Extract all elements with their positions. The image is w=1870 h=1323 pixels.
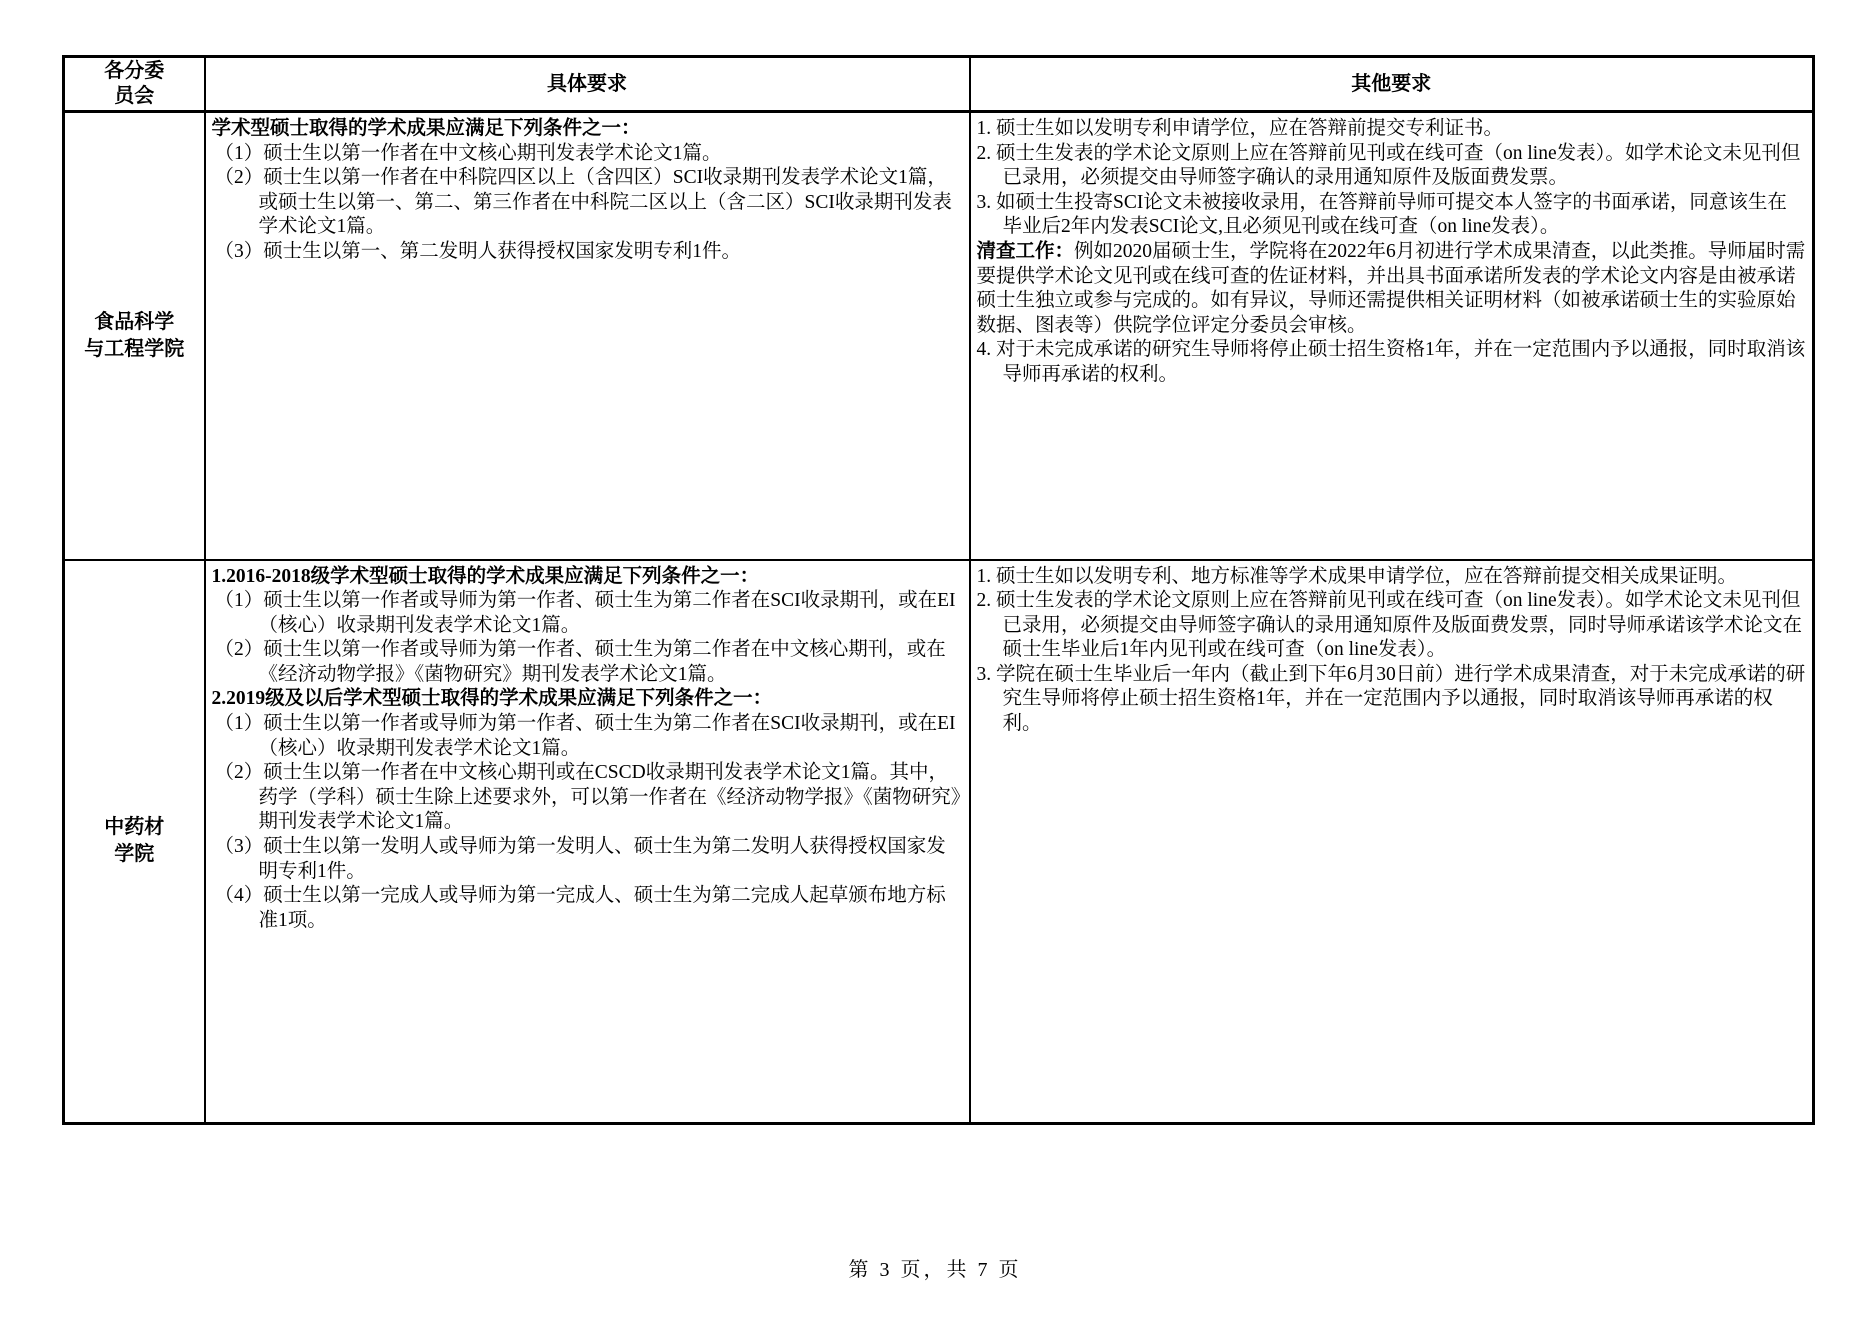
- specific-requirements-cell: 学术型硕士取得的学术成果应满足下列条件之一：（1）硕士生以第一作者在中文核心期刊…: [205, 112, 970, 560]
- paragraph: （1）硕士生以第一作者在中文核心期刊发表学术论文1篇。: [212, 142, 963, 167]
- committee-name: 食品科学 与工程学院: [64, 112, 205, 560]
- paragraph: （2）硕士生以第一作者在中文核心期刊或在CSCD收录期刊发表学术论文1篇。其中，…: [212, 761, 963, 835]
- header-committee: 各分委 员会: [64, 57, 205, 112]
- paragraph: 清查工作：例如2020届硕士生，学院将在2022年6月初进行学术成果清查，以此类…: [977, 240, 1807, 338]
- document-page: 各分委 员会 具体要求 其他要求 食品科学 与工程学院 学术型硕士取得的学术成果…: [0, 0, 1870, 1323]
- other-requirements-cell: 1. 硕士生如以发明专利申请学位，应在答辩前提交专利证书。2. 硕士生发表的学术…: [970, 112, 1814, 560]
- paragraph: 学术型硕士取得的学术成果应满足下列条件之一：: [212, 117, 963, 142]
- paragraph: 2. 硕士生发表的学术论文原则上应在答辩前见刊或在线可查（on line发表）。…: [977, 589, 1807, 663]
- paragraph: 3. 如硕士生投寄SCI论文未被接收录用，在答辩前导师可提交本人签字的书面承诺，…: [977, 191, 1807, 240]
- paragraph: 2. 硕士生发表的学术论文原则上应在答辩前见刊或在线可查（on line发表）。…: [977, 142, 1807, 191]
- table-row: 食品科学 与工程学院 学术型硕士取得的学术成果应满足下列条件之一：（1）硕士生以…: [64, 112, 1814, 560]
- committee-name: 中药材 学院: [64, 560, 205, 1124]
- paragraph: 1.2016-2018级学术型硕士取得的学术成果应满足下列条件之一：: [212, 565, 963, 590]
- paragraph: （3）硕士生以第一发明人或导师为第一发明人、硕士生为第二发明人获得授权国家发明专…: [212, 835, 963, 884]
- paragraph: （2）硕士生以第一作者在中科院四区以上（含四区）SCI收录期刊发表学术论文1篇，…: [212, 166, 963, 240]
- paragraph: （3）硕士生以第一、第二发明人获得授权国家发明专利1件。: [212, 240, 963, 265]
- paragraph: 1. 硕士生如以发明专利申请学位，应在答辩前提交专利证书。: [977, 117, 1807, 142]
- requirements-table: 各分委 员会 具体要求 其他要求 食品科学 与工程学院 学术型硕士取得的学术成果…: [62, 55, 1815, 1125]
- header-specific-requirements: 具体要求: [205, 57, 970, 112]
- other-requirements-cell: 1. 硕士生如以发明专利、地方标准等学术成果申请学位，应在答辩前提交相关成果证明…: [970, 560, 1814, 1124]
- paragraph: （1）硕士生以第一作者或导师为第一作者、硕士生为第二作者在SCI收录期刊，或在E…: [212, 589, 963, 638]
- paragraph: （4）硕士生以第一完成人或导师为第一完成人、硕士生为第二完成人起草颁布地方标准1…: [212, 884, 963, 933]
- table-row: 中药材 学院 1.2016-2018级学术型硕士取得的学术成果应满足下列条件之一…: [64, 560, 1814, 1124]
- page-number: 第 3 页，共 7 页: [0, 1253, 1870, 1282]
- paragraph: 3. 学院在硕士生毕业后一年内（截止到下年6月30日前）进行学术成果清查，对于未…: [977, 663, 1807, 737]
- paragraph-lead: 清查工作：: [977, 241, 1075, 262]
- paragraph: 2.2019级及以后学术型硕士取得的学术成果应满足下列条件之一：: [212, 687, 963, 712]
- header-row: 各分委 员会 具体要求 其他要求: [64, 57, 1814, 112]
- header-other-requirements: 其他要求: [970, 57, 1814, 112]
- paragraph: （1）硕士生以第一作者或导师为第一作者、硕士生为第二作者在SCI收录期刊，或在E…: [212, 712, 963, 761]
- paragraph: （2）硕士生以第一作者或导师为第一作者、硕士生为第二作者在中文核心期刊，或在《经…: [212, 638, 963, 687]
- paragraph: 1. 硕士生如以发明专利、地方标准等学术成果申请学位，应在答辩前提交相关成果证明…: [977, 565, 1807, 590]
- specific-requirements-cell: 1.2016-2018级学术型硕士取得的学术成果应满足下列条件之一：（1）硕士生…: [205, 560, 970, 1124]
- paragraph: 4. 对于未完成承诺的研究生导师将停止硕士招生资格1年，并在一定范围内予以通报，…: [977, 338, 1807, 387]
